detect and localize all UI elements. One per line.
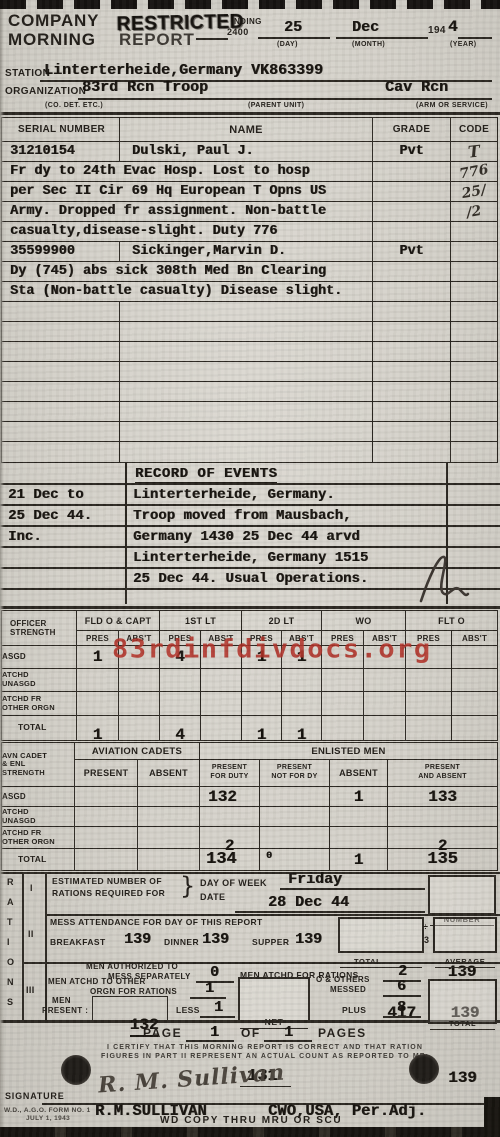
parent-unit-note: (PARENT UNIT) bbox=[248, 102, 304, 109]
roster-remark: Sta (Non-battle casualty) Disease slight… bbox=[2, 285, 372, 299]
event-date-range: 25 Dec 44. bbox=[8, 509, 92, 523]
punch-hole-right bbox=[409, 1054, 439, 1084]
roster-serial: 31210154 bbox=[2, 145, 119, 159]
officer-group-1stlt: 1ST LT bbox=[160, 611, 242, 631]
roster-code-handwritten: 25/ bbox=[450, 181, 498, 203]
divider bbox=[200, 1016, 235, 1018]
divide-sign: ÷ bbox=[423, 923, 428, 932]
organization-value: 83rd Rcn Troop bbox=[82, 80, 208, 95]
section-numeral-1: I bbox=[30, 884, 33, 893]
enlisted-total-pnfd: 0 bbox=[260, 849, 329, 862]
plus-value: 8 bbox=[397, 1000, 406, 1015]
roster-remark: casualty,disease-slight. Duty 776 bbox=[2, 225, 372, 239]
mess-total-label: TOTAL bbox=[340, 955, 422, 968]
signature-label: SIGNATURE bbox=[5, 1092, 65, 1101]
archive-watermark: 83rdinfdivdocs.org bbox=[112, 635, 432, 664]
event-text: 25 Dec 44. Usual Operations. bbox=[133, 572, 368, 586]
aviation-cadets-header: AVIATION CADETS bbox=[75, 743, 200, 760]
scan-corner-smudge bbox=[484, 1097, 500, 1137]
rations-letter: N bbox=[7, 978, 14, 987]
officer-group-flto: FLT O bbox=[406, 611, 498, 631]
form-title-company: COMPANY bbox=[8, 12, 99, 30]
month-label: (MONTH) bbox=[352, 41, 385, 48]
page-value: 1 bbox=[210, 1025, 219, 1040]
average-label: AVERAGE bbox=[435, 955, 495, 968]
rations-letter: S bbox=[7, 998, 13, 1007]
roster-code-handwritten: T bbox=[450, 141, 497, 162]
pnfd-header: PRESENT bbox=[277, 764, 312, 771]
less-value: 1 bbox=[214, 1000, 223, 1015]
brace-glyph: } bbox=[180, 872, 195, 900]
date-value: 28 Dec 44 bbox=[268, 895, 349, 910]
enlisted-atchd-other-pfd: 2 bbox=[225, 837, 235, 855]
rations-grand-total-box: TOTAL 139 bbox=[428, 979, 497, 1024]
torn-edge-top bbox=[0, 0, 500, 9]
mess-separately-value: 0 bbox=[210, 965, 219, 980]
station-value: Linterterheide,Germany VK863399 bbox=[44, 63, 323, 78]
form-date: JULY 1, 1943 bbox=[26, 1116, 70, 1123]
rations-letter: O bbox=[7, 958, 14, 967]
event-text: Germany 1430 25 Dec 44 arvd bbox=[133, 530, 360, 544]
men-present-label: MEN bbox=[52, 997, 71, 1005]
divider bbox=[0, 483, 500, 485]
section-numeral-2: II bbox=[28, 930, 34, 939]
o-and-others-label: O & OTHERS bbox=[316, 976, 370, 984]
certify-line2: FIGURES IN PART II REPRESENT AN ACTUAL C… bbox=[85, 1053, 445, 1060]
mess-average-box: AVERAGE 139 bbox=[433, 917, 497, 953]
pfd-header: PRESENT bbox=[212, 764, 247, 771]
o-and-others-label2: MESSED bbox=[330, 986, 366, 994]
rations-letter: R bbox=[7, 878, 14, 887]
grand-total-label: TOTAL bbox=[430, 1017, 495, 1030]
divider bbox=[458, 37, 492, 39]
day-of-week-value: Friday bbox=[288, 872, 342, 887]
day-of-week-label: DAY OF WEEK bbox=[200, 879, 267, 888]
rations-letter: I bbox=[7, 938, 10, 947]
roster-table: SERIAL NUMBER NAME GRADE CODE 31210154 D… bbox=[1, 117, 498, 463]
enlisted-strength-table: AVN CADET & ENL STRENGTH AVIATION CADETS… bbox=[1, 742, 498, 871]
punch-hole-left bbox=[61, 1055, 91, 1085]
enlisted-men-header: ENLISTED MEN bbox=[200, 743, 498, 760]
certify-line1: I CERTIFY THAT THIS MORNING REPORT IS CO… bbox=[85, 1044, 445, 1051]
divider bbox=[280, 888, 425, 890]
handwritten-initials-mark bbox=[415, 547, 470, 605]
divider bbox=[78, 98, 492, 100]
month-value: Dec bbox=[352, 20, 379, 35]
date-label: DATE bbox=[200, 893, 225, 902]
officer-group-fld: FLD O & CAPT bbox=[77, 611, 160, 631]
men-present-box: 132 bbox=[92, 996, 168, 1022]
divider bbox=[196, 38, 228, 40]
event-text: Troop moved from Mausbach, bbox=[133, 509, 351, 523]
abst-header: ABS'T bbox=[452, 631, 498, 646]
day-label: (DAY) bbox=[277, 41, 298, 48]
year-value: 4 bbox=[448, 19, 458, 35]
o-and-others-value: 6 bbox=[397, 979, 406, 994]
supper-label: SUPPER bbox=[252, 938, 289, 947]
plus-label: PLUS bbox=[342, 1006, 366, 1015]
breakfast-value: 139 bbox=[124, 932, 151, 947]
page-label: PAGE bbox=[143, 1027, 182, 1040]
dinner-label: DINNER bbox=[164, 938, 199, 947]
enlisted-atchd-other-pa: 2 bbox=[438, 837, 448, 855]
of-label: OF bbox=[241, 1027, 261, 1040]
rations-number-box: NUMBER 139 bbox=[428, 875, 496, 915]
divider bbox=[383, 995, 421, 997]
roster-code-handwritten: 776 bbox=[450, 161, 498, 183]
roster-remark: per Sec II Cir 69 Hq European T Opns US bbox=[2, 185, 372, 199]
year-label: (YEAR) bbox=[450, 41, 477, 48]
event-text: Linterterheide, Germany 1515 bbox=[133, 551, 368, 565]
roster-name: Dulski, Paul J. bbox=[120, 145, 372, 159]
form-number: W.D., A.G.O. FORM NO. 1 bbox=[4, 1108, 91, 1115]
arm-service-value: Cav Rcn bbox=[385, 80, 448, 95]
scan-edge-shadow bbox=[0, 0, 4, 1137]
divider bbox=[0, 112, 500, 115]
roster-col-code: CODE bbox=[451, 118, 498, 142]
enlisted-asgd-pa: 133 bbox=[388, 787, 498, 807]
roster-col-name: NAME bbox=[120, 118, 373, 142]
divider bbox=[196, 981, 234, 983]
copy-routing-note: WD COPY THRU MRU OR SCU bbox=[160, 1116, 342, 1127]
less-label: LESS bbox=[176, 1006, 200, 1015]
absent-header: ABSENT bbox=[330, 760, 388, 787]
divider bbox=[264, 1040, 312, 1042]
atchd-other-label: MEN ATCHD TO OTHER bbox=[48, 978, 146, 986]
divider bbox=[383, 1016, 421, 1018]
arm-service-note: (ARM OR SERVICE) bbox=[416, 102, 488, 109]
roster-grade: Pvt bbox=[373, 245, 450, 259]
day-value: 25 bbox=[284, 20, 302, 35]
form-title-morning: MORNING bbox=[8, 31, 96, 49]
restricted-stamp: RESTRICTED bbox=[116, 11, 244, 37]
record-of-events-title: RECORD OF EVENTS bbox=[135, 467, 277, 484]
torn-edge-bottom bbox=[0, 1127, 500, 1137]
morning-report-scan: COMPANY MORNING REPORT RESTRICTED NDING … bbox=[0, 0, 500, 1137]
divider bbox=[186, 1040, 234, 1042]
roster-code-handwritten: /2 bbox=[450, 201, 498, 223]
estimated-rations-label2: RATIONS REQUIRED FOR bbox=[52, 889, 165, 898]
cadets-present-header: PRESENT bbox=[75, 760, 138, 787]
divider bbox=[235, 911, 425, 913]
event-text: Linterterheide, Germany. bbox=[133, 488, 335, 502]
divider bbox=[45, 872, 47, 1022]
divide-by: 3 bbox=[424, 936, 429, 945]
enlisted-asgd-absent: 1 bbox=[330, 787, 388, 807]
dinner-value: 139 bbox=[202, 932, 229, 947]
divider bbox=[336, 37, 428, 39]
event-date-range: 21 Dec to bbox=[8, 488, 84, 502]
mess-separately-label: MEN AUTHORIZED TO bbox=[86, 963, 178, 971]
cadets-absent-header: ABSENT bbox=[138, 760, 200, 787]
section-numeral-3: III bbox=[26, 986, 35, 995]
record-of-events-section: RECORD OF EVENTS 21 Dec to Linterterheid… bbox=[0, 462, 500, 606]
divider bbox=[0, 504, 500, 506]
year-prefix: 194 bbox=[428, 26, 446, 37]
rations-letter: A bbox=[7, 898, 14, 907]
enlisted-total-absent: 1 bbox=[330, 849, 388, 871]
mess-attendance-label: MESS ATTENDANCE FOR DAY OF THIS REPORT bbox=[50, 918, 263, 927]
rations-letter: T bbox=[7, 918, 13, 927]
unit-note: (CO. DET. ETC.) bbox=[45, 102, 103, 109]
pages-label: PAGES bbox=[318, 1027, 367, 1040]
roster-remark: Dy (745) abs sick 308th Med Bn Clearing bbox=[2, 265, 372, 279]
divider bbox=[22, 872, 24, 1022]
roster-col-grade: GRADE bbox=[373, 118, 451, 142]
officer-group-2dlt: 2D LT bbox=[242, 611, 322, 631]
row-label-total: TOTAL bbox=[18, 854, 47, 864]
divider bbox=[258, 37, 330, 39]
roster-remark: Army. Dropped fr assignment. Non-battle bbox=[2, 205, 372, 219]
officer-strength-table: OFFICER STRENGTH FLD O & CAPT 1ST LT 2D … bbox=[1, 610, 498, 741]
estimated-rations-label: ESTIMATED NUMBER OF bbox=[52, 877, 162, 886]
divider bbox=[0, 525, 500, 527]
pages-value: 1 bbox=[284, 1025, 293, 1040]
roster-col-serial: SERIAL NUMBER bbox=[2, 118, 120, 142]
enlisted-asgd-pfd: 132 bbox=[200, 787, 260, 807]
net-box: NET 131 bbox=[238, 977, 310, 1022]
row-label-total: TOTAL bbox=[18, 722, 47, 732]
atchd-other-value: 1 bbox=[205, 981, 214, 996]
divider bbox=[0, 606, 500, 609]
pa-header: PRESENT bbox=[425, 764, 460, 771]
atchd-for-rations-value: 2 bbox=[398, 964, 407, 979]
roster-name: Sickinger,Marvin D. bbox=[120, 245, 372, 259]
grand-total-value: 139 bbox=[430, 1066, 495, 1087]
divider bbox=[0, 872, 500, 874]
roster-remark: Fr dy to 24th Evac Hosp. Lost to hosp bbox=[2, 165, 372, 179]
men-present-label2: PRESENT : bbox=[42, 1007, 88, 1015]
supper-value: 139 bbox=[295, 932, 322, 947]
officer-group-wo: WO bbox=[322, 611, 406, 631]
breakfast-label: BREAKFAST bbox=[50, 938, 106, 947]
mess-total-box: TOTAL 417 bbox=[338, 917, 424, 953]
roster-serial: 35599900 bbox=[2, 245, 119, 259]
roster-grade: Pvt bbox=[373, 145, 450, 159]
